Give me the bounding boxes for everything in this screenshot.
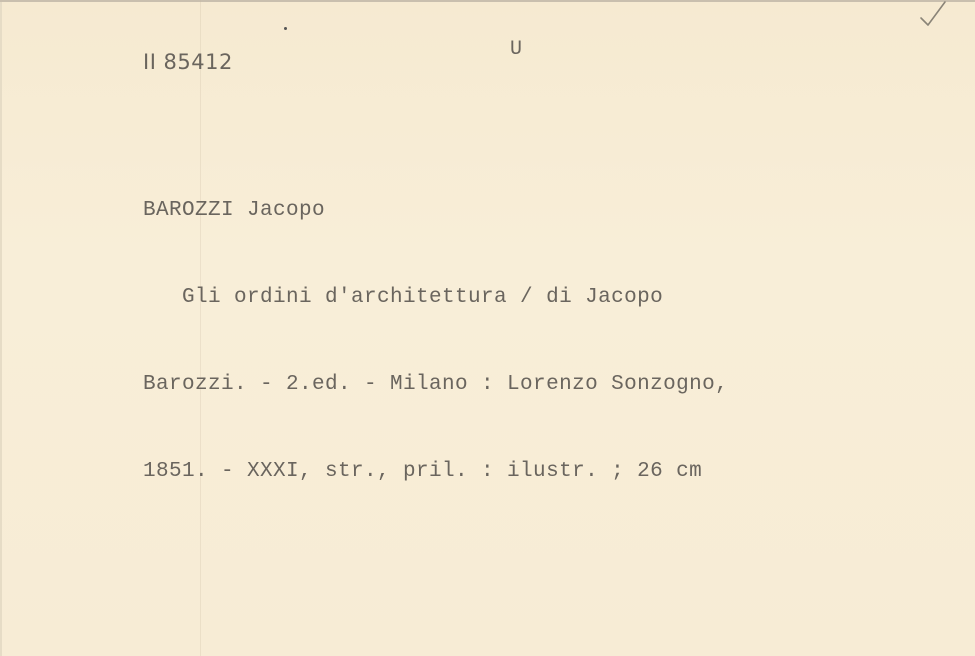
checkmark-icon <box>918 0 948 28</box>
location-mark: U <box>510 38 522 61</box>
author-heading: BAROZZI Jacopo <box>143 196 728 225</box>
title-line: Gli ordini d'architettura / di Jacopo <box>143 283 728 312</box>
edition-publisher-line: Barozzi. - 2.ed. - Milano : Lorenzo Sonz… <box>143 370 728 399</box>
call-number: II 85412 <box>143 50 233 74</box>
collation-line: 1851. - XXXI, str., pril. : ilustr. ; 26… <box>143 457 728 486</box>
ink-dot <box>284 27 287 30</box>
bibliographic-entry: BAROZZI Jacopo Gli ordini d'architettura… <box>143 138 728 544</box>
catalog-card: II 85412 U BAROZZI Jacopo Gli ordini d'a… <box>0 0 975 656</box>
